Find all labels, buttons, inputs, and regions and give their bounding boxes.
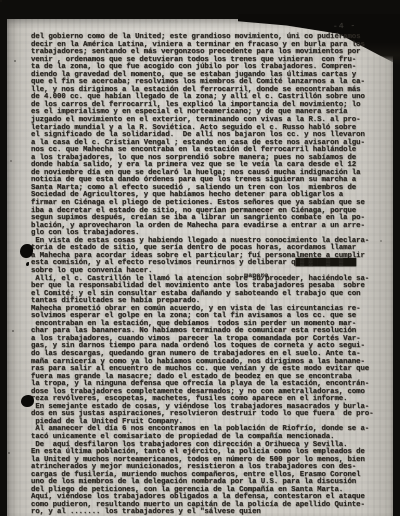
paper-specks <box>0 0 2 2</box>
ink-blob <box>21 395 34 407</box>
redacted-text: █▓█▓███▓██▓███ <box>295 259 356 267</box>
ink-blob <box>20 244 33 258</box>
text-column: del gobierno como de la United; este gra… <box>31 34 393 516</box>
page-number: -4 - <box>333 22 357 32</box>
typed-insertion: manera <box>244 272 268 280</box>
text-line: ro, y al ....... los trabajadores y el "… <box>31 509 393 516</box>
scanned-document-photo: -4 - del gobierno como de la United; est… <box>0 0 400 516</box>
